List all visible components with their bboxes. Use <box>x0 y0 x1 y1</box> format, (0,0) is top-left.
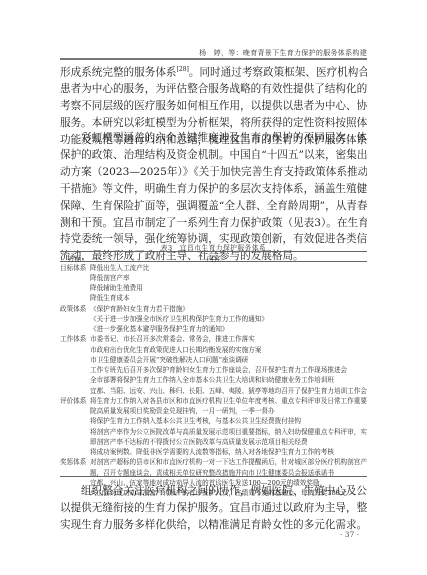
content-line: 对剖宫产超标的县市区和市直医疗机构一对一下达工作提醒函后，针对城区部分医疗机构剖… <box>90 457 367 467</box>
content-line: 降低生育成本 <box>90 293 367 303</box>
text-line: 动方案（2023—2025年）》《关于加快完善生育支持政策体系推动建设生育友好型… <box>60 164 367 181</box>
content-line: 《进一步强化基本避孕服务保护生育力的通知》 <box>90 324 367 334</box>
text-run: 形成系统完整的服务体系 <box>60 67 177 79</box>
content-line: 将生育力工作纳入对各县市区和市直医疗机构卫生单位年度考核、重点专科评审及日常工作… <box>90 396 367 406</box>
content-line: 全市部署将保护生育力工作纳入全市基本公共卫生大培训和妇幼健康业务工作培训班 <box>90 375 367 385</box>
text-line: 保护的政策、治理结构及资金机制。中国自“十四五”以来，密集出台《生殖健康促进行 <box>60 147 367 164</box>
column-header-content: 内容 <box>60 253 367 263</box>
row-content: 将生育力工作纳入对各县市区和市直医疗机构卫生单位年度考核、重点专科评审及日常工作… <box>90 396 367 458</box>
row-aspect: 政策体系 <box>60 304 90 315</box>
content-line: 市政府出台优化生育政策促进人口长期均衡发展的实施方案 <box>90 345 367 355</box>
content-line: 将成功案例数、降低非医学需要的人流数等指标，纳入对各地保护生育力工作的考核 <box>90 447 367 457</box>
content-line: 宜都、当阳、远安、兴山、秭归、长阳、五峰、夷陵、猇亭等地均召开了保护生育力培训工… <box>90 386 367 396</box>
text-line: 保障、生育保险扩面等，强调覆盖“全人群、全育龄周期”，从青春期到孕产期实现动态监 <box>60 198 367 215</box>
text-line: 患者为中心的服务，为评估整合服务战略的有效性提供了结构化的分析工具。其核心在于 <box>60 81 367 98</box>
content-line: 将剖宫产率作为公立医院改革与高质量发展示范项目重要指标，纳入妇幼保健重点专科评审… <box>90 427 367 437</box>
header-rule <box>60 58 367 60</box>
data-table: 方面 内容 目标体系 降低出生人工流产比 降低剖宫产率 降低辅助生殖费用 降低生… <box>60 252 367 476</box>
content-line: 院高质量发展项目奖励资金兑现挂钩，一月一研判，一季一督办 <box>90 406 367 416</box>
text-line: 实现生育力服务多样化供给，以精准满足育龄女性的多元化需求。 <box>60 517 367 534</box>
content-line: 将保护生育力工作纳入基本公共卫生考核，与基本公共卫生经费拨付挂钩 <box>90 416 367 426</box>
content-line: 工作专班先后召开多次保护育龄妇女生育力工作座谈会，召开保护生育力工作现场推进会 <box>90 365 367 375</box>
text-line: 组织整合关注医疗机构之间的协作，例如医院、生殖中心及公共卫生机构之间的合作， <box>60 483 367 500</box>
content-line: 题，召开专题座谈会，责成相关单位研究整改措施并向市卫生健康委员会报送承诺书 <box>90 468 367 478</box>
content-line: 《关于进一步加强全市医疗卫生机构保护生育力工作的通知》 <box>90 314 367 324</box>
content-line: 《保护育龄妇女生育力若干措施》 <box>90 304 367 314</box>
citation: [28] <box>177 66 189 73</box>
paragraph-3: 组织整合关注医疗机构之间的协作，例如医院、生殖中心及公共卫生机构之间的合作， 以… <box>60 483 367 534</box>
row-aspect: 评价体系 <box>60 396 90 407</box>
row-aspect: 目标体系 <box>60 263 90 274</box>
text-line: 考察不同层级的医疗服务如何相互作用，以提供以患者为中心、协调性强且高质量的医疗 <box>60 98 367 115</box>
content-line: 降低剖宫产率 <box>90 273 367 283</box>
content-line: 市委书记、市长召开多次常委会、常务会，推进工作落实 <box>90 334 367 344</box>
text-line: 测和干预。宜昌市制定了一系列生育力保护政策（见表3）。在生育力服务体系构建中，坚 <box>60 215 367 232</box>
row-content: 降低出生人工流产比 降低剖宫产率 降低辅助生殖费用 降低生育成本 <box>90 263 367 304</box>
content-line: 即剖宫产率不达标的不得拨付公立医院改革与高质量发展示范项目相关经费 <box>90 437 367 447</box>
text-line: 以提供无缝衔接的生育力保护服务。宜昌市通过以政府为主导，整合妇幼健康和医院资源， <box>60 500 367 517</box>
text-line: 形成系统完整的服务体系[28]。同时通过考察政策框架、医疗机构合作、医护人员协作… <box>60 62 367 81</box>
text-run: 。同时通过考察政策框架、医疗机构合作、医护人员协作及以 <box>189 67 367 79</box>
row-content: 市委书记、市长召开多次常委会、常务会，推进工作落实 市政府出台优化生育政策促进人… <box>90 334 367 396</box>
row-aspect: 奖惩体系 <box>60 457 90 468</box>
content-line: 降低出生人工流产比 <box>90 263 367 273</box>
running-head: 杨 婷，等：晚育背景下生育力保护的服务体系构建 <box>60 48 367 58</box>
row-content: 《保护育龄妇女生育力若干措施》 《关于进一步加强全市医疗卫生机构保护生育力工作的… <box>90 304 367 335</box>
content-line: 降低辅助生殖费用 <box>90 283 367 293</box>
text-line: 彩虹模型涵盖的六个关键维度涉及生育力保护的不同层次：体系整合关注影响生育力 <box>60 130 367 147</box>
row-aspect: 工作体系 <box>60 334 90 345</box>
page-number: · 37 · <box>340 530 359 539</box>
table-header: 方面 内容 <box>60 252 367 262</box>
content-line: 市卫生健康委员会开展“突破性解决人口问题”座谈调研 <box>90 355 367 365</box>
text-line: 干措施》等文件，明确生育力保护的多层次支持体系，涵盖生殖健康服务、辅助生殖技术 <box>60 181 367 198</box>
